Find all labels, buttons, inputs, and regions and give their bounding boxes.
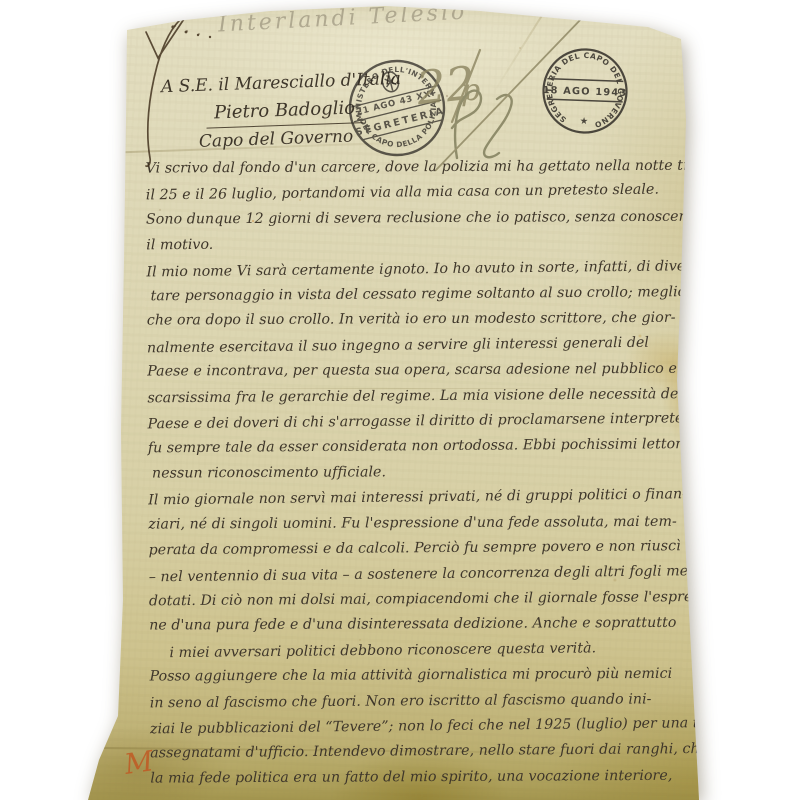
letter-line: ziari, né di singoli uomini. Fu l'espres… (148, 509, 744, 538)
stamp-date: 18 AGO 1943 (542, 85, 627, 99)
letter-paper: Interlandi Telesio A S.E. il Maresciallo… (0, 0, 800, 800)
address-block: A S.E. il Maresciallo d'Italia Pietro Ba… (161, 66, 404, 157)
pencil-diagonal-line (436, 16, 584, 170)
fold-crease (604, 0, 762, 42)
stamp-star-icon: ★ (579, 116, 588, 127)
scanned-letter-page: Interlandi Telesio A S.E. il Maresciallo… (0, 0, 800, 800)
address-recipient-role: Capo del Governo (199, 122, 404, 156)
pencil-file-number: 22 (413, 56, 478, 116)
letter-line: Paese e incontrava, per questa sua opera… (147, 357, 743, 386)
pencil-initials-paraph (452, 91, 512, 158)
pencil-sender-note: Interlandi Telesio (218, 0, 468, 38)
stamp-outer-ring (542, 48, 628, 134)
government-secretariat-stamp: 18 AGO 1943 SEGRETERIA DEL CAPO DEL GOVE… (541, 48, 629, 134)
letter-body: Vi scrivo dal fondo d'un carcere, dove l… (146, 153, 746, 793)
pencil-registry-marks: 22 p (413, 16, 584, 170)
fold-crease (491, 2, 551, 96)
pencil-file-letter: p (461, 73, 480, 108)
letter-line: Sono dunque 12 giorni di severa reclusio… (146, 204, 742, 233)
letter-line: Posso aggiungere che la mia attività gio… (150, 662, 746, 691)
paper-shadow-wrap: Interlandi Telesio A S.E. il Maresciallo… (0, 0, 800, 800)
svg-text:SEGRETERIA DEL CAPO DEL GOVERN: SEGRETERIA DEL CAPO DEL GOVERNO (544, 50, 627, 131)
letter-line: la mia fede politica era un fatto del mi… (150, 763, 746, 792)
stamp-arc-text: SEGRETERIA DEL CAPO DEL GOVERNO (544, 50, 627, 131)
pencil-fraction-slash (452, 50, 480, 122)
